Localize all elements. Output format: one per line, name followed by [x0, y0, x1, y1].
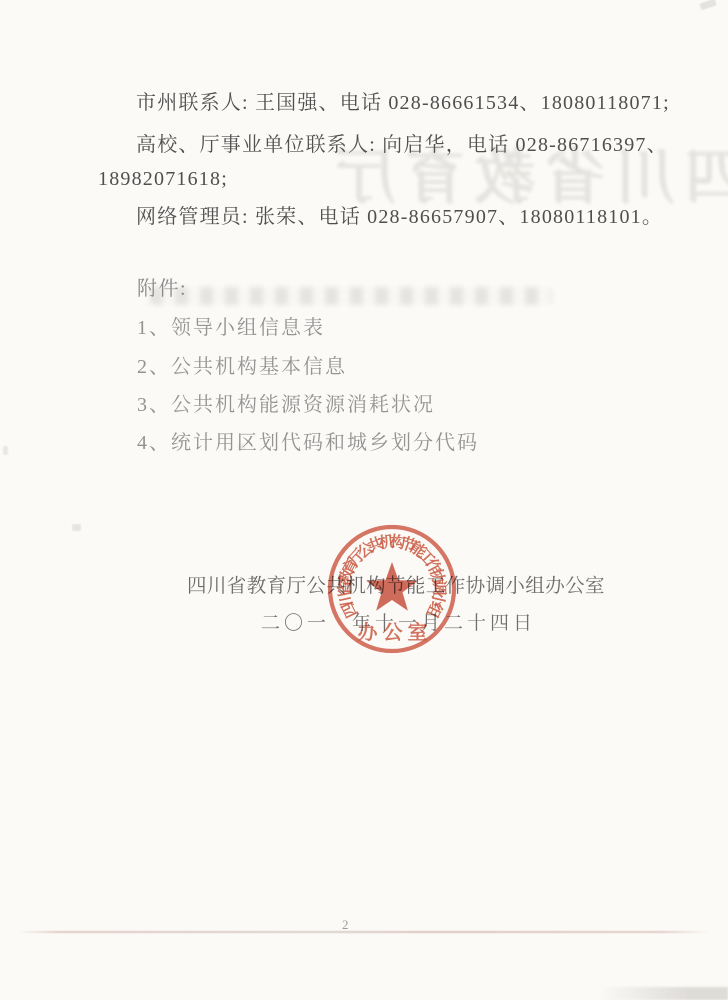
document-page: 四川省教育厅 市州联系人: 王国强、电话 028-86661534、180801…: [0, 0, 728, 1000]
attachments-label: 附件:: [137, 272, 187, 301]
attachment-item-2: 2、公共机构基本信息: [137, 350, 347, 379]
scan-speck: [699, 0, 716, 10]
attachment-item-3: 3、公共机构能源资源消耗状况: [137, 388, 435, 417]
contact-line-universities-phone: 18982071618;: [98, 168, 228, 191]
attachment-item-4: 4、统计用区划代码和城乡划分代码: [137, 426, 479, 455]
contact-line-universities: 高校、厅事业单位联系人: 向启华，电话 028-86716397、: [136, 128, 668, 157]
bleed-through-smudge: [150, 287, 552, 305]
scan-speck: [238, 444, 245, 450]
contact-line-network-admin: 网络管理员: 张荣、电话 028-86657907、18080118101。: [136, 200, 663, 229]
seal-star-icon: [366, 562, 417, 611]
scan-speck: [72, 524, 81, 531]
scan-corner-shadow: [598, 987, 728, 1000]
contact-line-cities: 市州联系人: 王国强、电话 028-86661534、18080118071;: [136, 86, 670, 115]
scan-speck: [3, 446, 8, 455]
attachment-item-1: 1、领导小组信息表: [137, 311, 325, 340]
official-seal: 办公室 四川省教育厅公共机构节能工作协调小组: [292, 489, 492, 689]
seal-office-text: 办公室: [358, 620, 433, 644]
scan-page-edge-line: [18, 931, 710, 933]
